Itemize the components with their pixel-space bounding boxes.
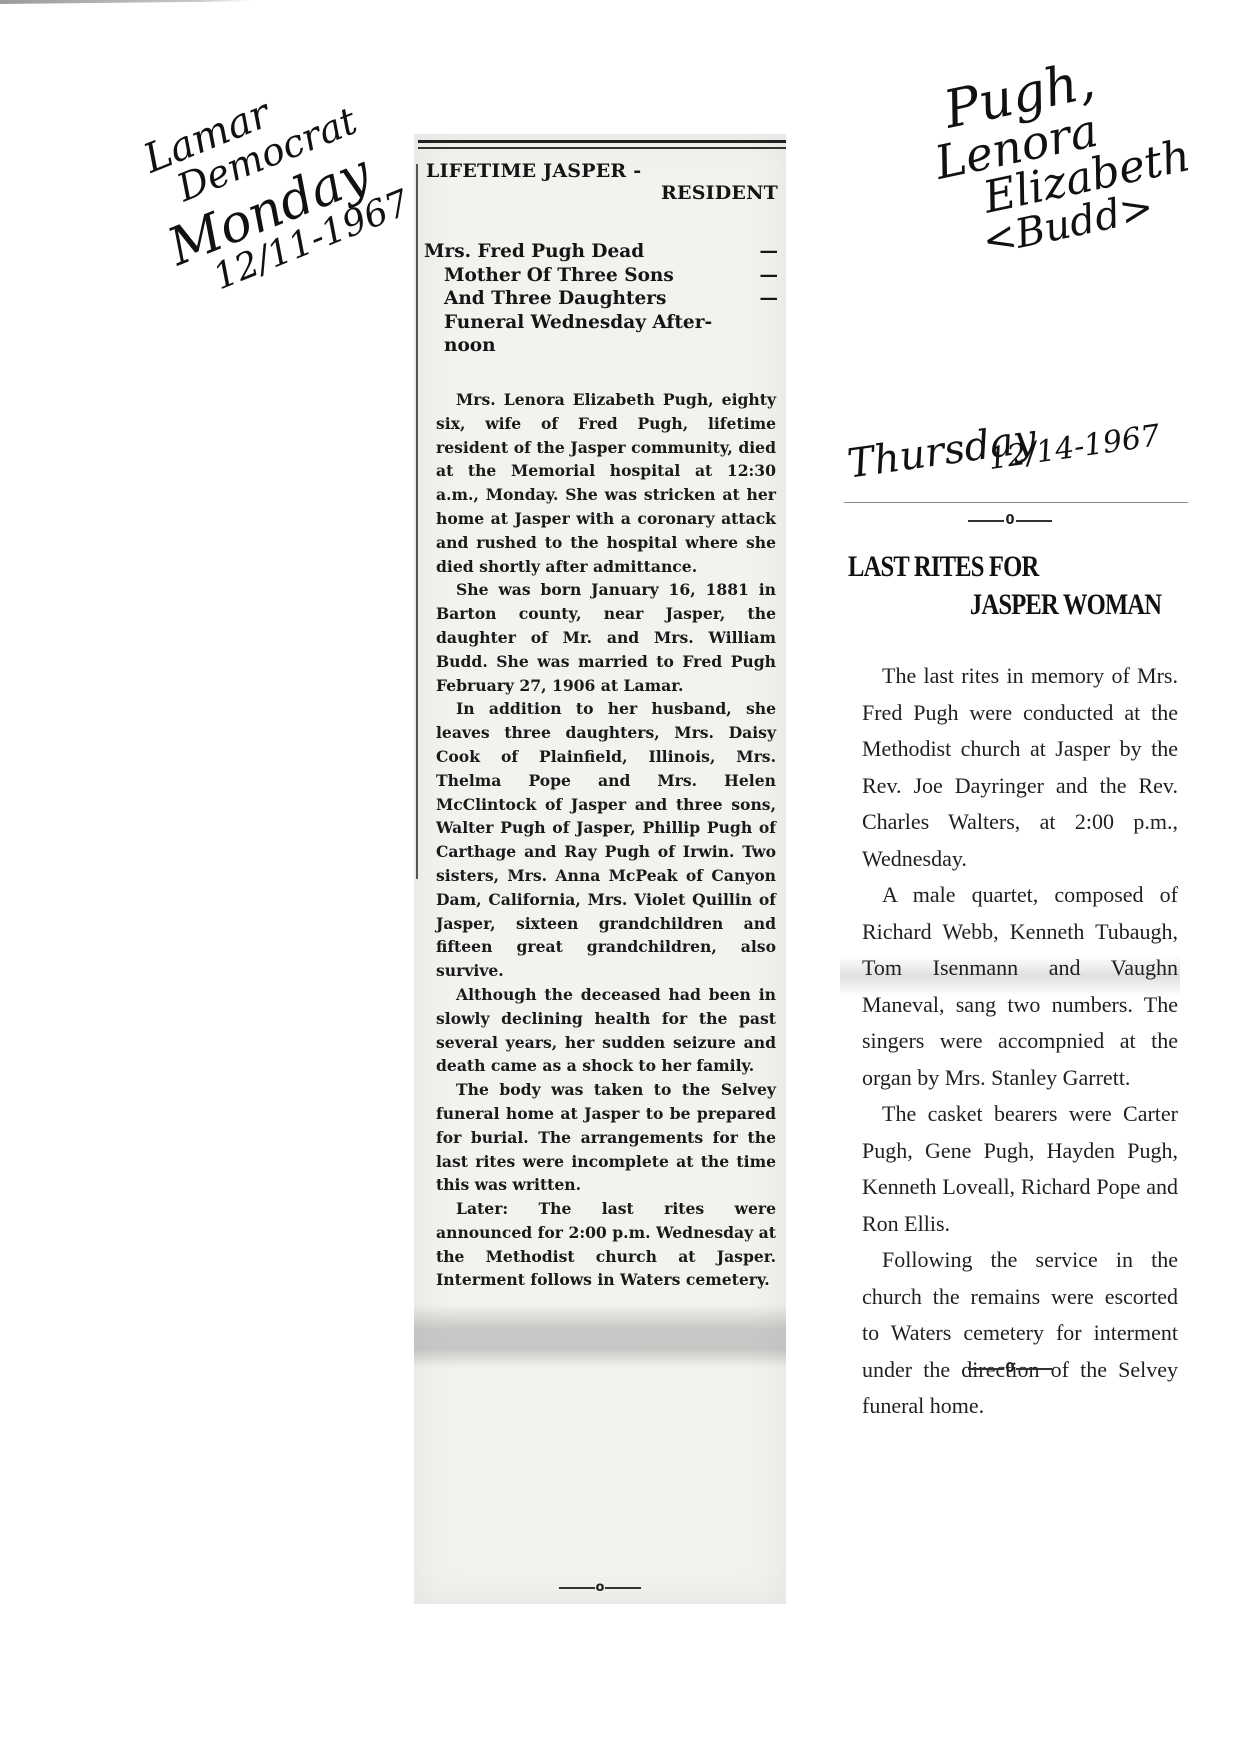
obituary-body: Mrs. Lenora Elizabeth Pugh, eighty six, …: [436, 388, 776, 1292]
start-mark-circle: 0: [1005, 514, 1014, 527]
paragraph: Following the service in the church the …: [862, 1242, 1178, 1425]
deck-text: noon: [444, 334, 496, 358]
handwritten-source-note: Lamar Democrat Monday 12/11-1967: [120, 57, 415, 311]
deck-line: Mother Of Three Sons —: [424, 264, 778, 288]
paragraph: She was born January 16, 1881 in Barton …: [436, 578, 776, 697]
paragraph: Although the deceased had been in slowly…: [436, 983, 776, 1078]
deck-line: Mrs. Fred Pugh Dead —: [424, 240, 778, 264]
deck-text: Funeral Wednesday After-: [444, 311, 712, 335]
column-divider: [416, 164, 418, 879]
paragraph: A male quartet, composed of Richard Webb…: [862, 877, 1178, 1096]
end-mark-bar: [559, 1587, 595, 1589]
end-mark-bar: [1016, 1368, 1052, 1370]
start-mark-bar: [1016, 520, 1052, 522]
paragraph: In addition to her husband, she leaves t…: [436, 697, 776, 983]
obituary-clipping-right: 0 LAST RITES FOR JASPER WOMAN The last r…: [840, 500, 1180, 1600]
paragraph: Later: The last rites were announced for…: [436, 1197, 776, 1292]
deck-text: Mrs. Fred Pugh Dead: [424, 240, 644, 264]
deck-dash: —: [760, 264, 779, 288]
print-smudge: [414, 1304, 786, 1368]
kicker-line: LIFETIME JASPER -: [426, 160, 778, 182]
headline: LAST RITES FOR JASPER WOMAN: [848, 548, 1184, 624]
handwritten-date-note: Thursday 12/14-1967: [845, 401, 1162, 494]
end-mark-bar: [968, 1368, 1004, 1370]
deck-line: noon: [424, 334, 778, 358]
end-mark-circle: o: [596, 1581, 605, 1594]
scan-edge-line: [0, 0, 250, 4]
end-mark-circle: 0: [1005, 1362, 1014, 1375]
paragraph: Mrs. Lenora Elizabeth Pugh, eighty six, …: [436, 388, 776, 578]
deck-dash: —: [760, 287, 779, 311]
headline-line: LAST RITES FOR: [848, 548, 1184, 586]
headline-line: JASPER WOMAN: [848, 586, 1184, 624]
deck-dash: —: [760, 240, 779, 264]
paragraph: The last rites in memory of Mrs. Fred Pu…: [862, 658, 1178, 877]
deck-text: Mother Of Three Sons: [444, 264, 674, 288]
handwritten-name-note: Pugh, Lenora Elizabeth <Budd>: [930, 38, 1203, 266]
last-rites-body: The last rites in memory of Mrs. Fred Pu…: [862, 658, 1178, 1425]
start-mark: 0: [840, 514, 1180, 527]
deck-line: Funeral Wednesday After-: [424, 311, 778, 335]
paragraph: The body was taken to the Selvey funeral…: [436, 1078, 776, 1197]
deck-text: And Three Daughters: [444, 287, 666, 311]
paragraph: The casket bearers were Carter Pugh, Gen…: [862, 1096, 1178, 1242]
deck-headline: Mrs. Fred Pugh Dead — Mother Of Three So…: [424, 240, 778, 358]
column-rule: [844, 502, 1188, 503]
start-mark-bar: [968, 520, 1004, 522]
kicker-headline: LIFETIME JASPER - RESIDENT: [426, 160, 778, 204]
obituary-clipping-left: LIFETIME JASPER - RESIDENT Mrs. Fred Pug…: [414, 134, 786, 1604]
column-rule: [418, 147, 786, 149]
end-mark: o: [414, 1581, 786, 1594]
end-mark: 0: [840, 1362, 1180, 1375]
kicker-line: RESIDENT: [426, 182, 778, 204]
end-mark-bar: [605, 1587, 641, 1589]
column-rule: [418, 140, 786, 143]
deck-line: And Three Daughters —: [424, 287, 778, 311]
